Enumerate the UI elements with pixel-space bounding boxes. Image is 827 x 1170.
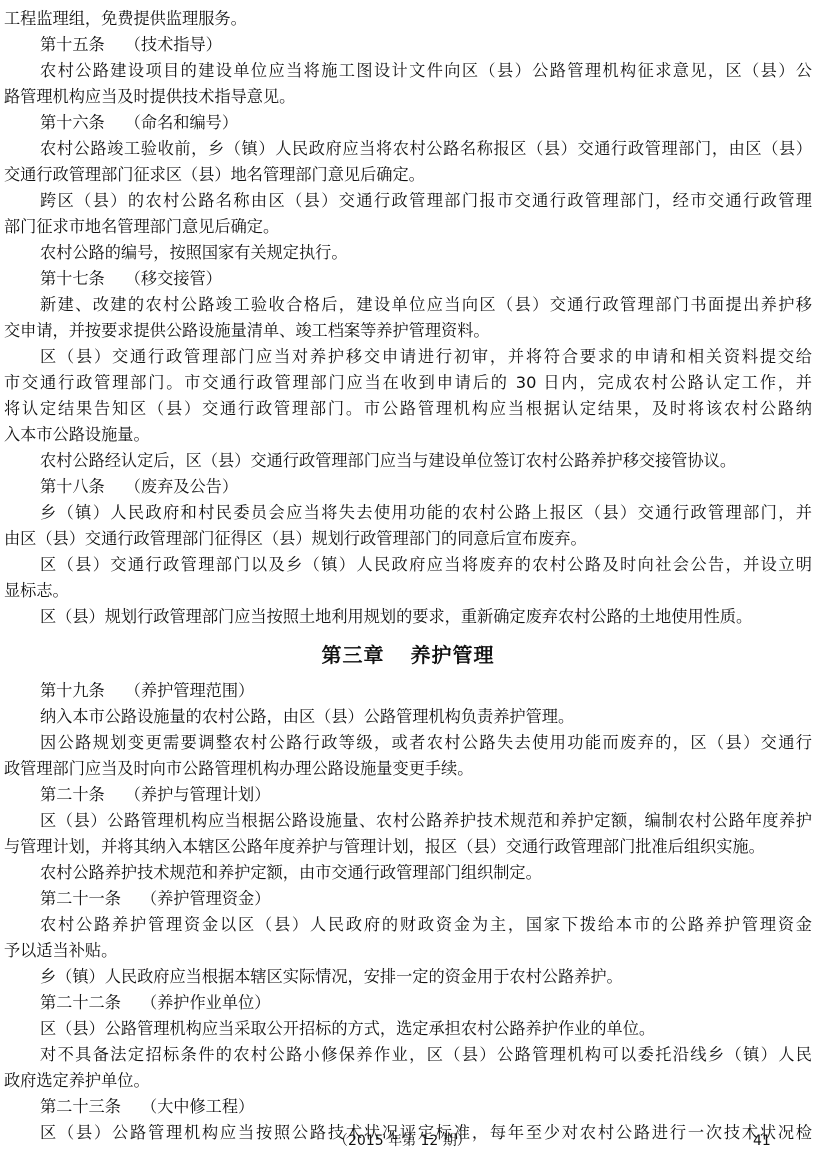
paragraph-line: 入本市公路设施量。 [4,422,812,448]
article-title: （养护管理资金） [141,889,271,908]
paragraph-line: 政管理部门应当及时向市公路管理机构办理公路设施量变更手续。 [4,756,812,782]
paragraph-line: 区（县）公路管理机构应当根据公路设施量、农村公路养护技术规范和养护定额，编制农村… [4,808,812,834]
paragraph-line: 跨区（县）的农村公路名称由区（县）交通行政管理部门报市交通行政管理部门，经市交通… [4,188,812,214]
paragraph-line: 将认定结果告知区（县）交通行政管理部门。市公路管理机构应当根据认定结果，及时将该… [4,396,812,422]
article-heading: 第二十二条（养护作业单位） [4,990,812,1016]
paragraph-line: 农村公路竣工验收前，乡（镇）人民政府应当将农村公路名称报区（县）交通行政管理部门… [4,136,812,162]
article-number: 第十五条 [40,35,105,54]
article-title: （命名和编号） [125,113,238,132]
article-title: （养护管理范围） [125,681,255,700]
article-heading: 第十九条（养护管理范围） [4,678,812,704]
paragraph-line: 新建、改建的农村公路竣工验收合格后，建设单位应当向区（县）交通行政管理部门书面提… [4,292,812,318]
article-heading: 第二十一条（养护管理资金） [4,886,812,912]
chapter-heading: 第三章养护管理 [4,634,812,676]
article-number: 第十七条 [40,269,105,288]
paragraph-line: 农村公路经认定后，区（县）交通行政管理部门应当与建设单位签订农村公路养护移交接管… [4,448,812,474]
article-number: 第二十一条 [40,889,121,908]
paragraph-line: 农村公路的编号，按照国家有关规定执行。 [4,240,812,266]
paragraph-line: 政府选定养护单位。 [4,1068,812,1094]
article-title: （养护作业单位） [141,993,271,1012]
page-number: 41 [753,1130,771,1152]
article-heading: 第十八条（废弃及公告） [4,474,812,500]
paragraph-line: 市交通行政管理部门。市交通行政管理部门应当在收到申请后的 30 日内，完成农村公… [4,370,812,396]
paragraph-line: 区（县）交通行政管理部门应当对养护移交申请进行初审，并将符合要求的申请和相关资料… [4,344,812,370]
article-number: 第二十二条 [40,993,121,1012]
article-heading: 第十六条（命名和编号） [4,110,812,136]
article-title: （养护与管理计划） [125,785,271,804]
article-heading: 第十七条（移交接管） [4,266,812,292]
paragraph-line: 纳入本市公路设施量的农村公路，由区（县）公路管理机构负责养护管理。 [4,704,812,730]
paragraph-line: 区（县）规划行政管理部门应当按照土地利用规划的要求，重新确定废弃农村公路的土地使… [4,604,812,630]
paragraph-line: 交申请，并按要求提供公路设施量清单、竣工档案等养护管理资料。 [4,318,812,344]
paragraph-line: 与管理计划，并将其纳入本辖区公路年度养护与管理计划，报区（县）交通行政管理部门批… [4,834,812,860]
paragraph-line: 乡（镇）人民政府和村民委员会应当将失去使用功能的农村公路上报区（县）交通行政管理… [4,500,812,526]
paragraph-line: 对不具备法定招标条件的农村公路小修保养作业，区（县）公路管理机构可以委托沿线乡（… [4,1042,812,1068]
paragraph-line: 交通行政管理部门征求区（县）地名管理部门意见后确定。 [4,162,812,188]
article-number: 第十六条 [40,113,105,132]
paragraph-line: 乡（镇）人民政府应当根据本辖区实际情况，安排一定的资金用于农村公路养护。 [4,964,812,990]
paragraph-line: 显标志。 [4,578,812,604]
document-body: 工程监理组，免费提供监理服务。第十五条（技术指导）农村公路建设项目的建设单位应当… [4,6,812,1146]
chapter-title: 养护管理 [411,643,495,667]
article-number: 第二十条 [40,785,105,804]
paragraph-line: 部门征求市地名管理部门意见后确定。 [4,214,812,240]
paragraph-line: 由区（县）交通行政管理部门征得区（县）规划行政管理部门的同意后宣布废弃。 [4,526,812,552]
paragraph-line: 农村公路养护管理资金以区（县）人民政府的财政资金为主，国家下拨给本市的公路养护管… [4,912,812,938]
article-title: （废弃及公告） [125,477,238,496]
article-heading: 第十五条（技术指导） [4,32,812,58]
article-number: 第二十三条 [40,1097,121,1116]
paragraph-line: 路管理机构应当及时提供技术指导意见。 [4,84,812,110]
paragraph-line: 农村公路养护技术规范和养护定额，由市交通行政管理部门组织制定。 [4,860,812,886]
chapter-number: 第三章 [322,643,385,667]
issue-label: （2015 年第 12 期） [334,1130,471,1152]
paragraph-line: 因公路规划变更需要调整农村公路行政等级，或者农村公路失去使用功能而废弃的，区（县… [4,730,812,756]
paragraph-line: 区（县）交通行政管理部门以及乡（镇）人民政府应当将废弃的农村公路及时向社会公告，… [4,552,812,578]
article-title: （技术指导） [125,35,222,54]
article-number: 第十八条 [40,477,105,496]
paragraph-line: 区（县）公路管理机构应当采取公开招标的方式，选定承担农村公路养护作业的单位。 [4,1016,812,1042]
article-title: （移交接管） [125,269,222,288]
page-footer: （2015 年第 12 期） 41 [0,1130,827,1152]
paragraph-line: 予以适当补贴。 [4,938,812,964]
article-heading: 第二十条（养护与管理计划） [4,782,812,808]
paragraph-line: 农村公路建设项目的建设单位应当将施工图设计文件向区（县）公路管理机构征求意见，区… [4,58,812,84]
paragraph-line: 工程监理组，免费提供监理服务。 [4,6,812,32]
article-title: （大中修工程） [141,1097,254,1116]
article-number: 第十九条 [40,681,105,700]
article-heading: 第二十三条（大中修工程） [4,1094,812,1120]
